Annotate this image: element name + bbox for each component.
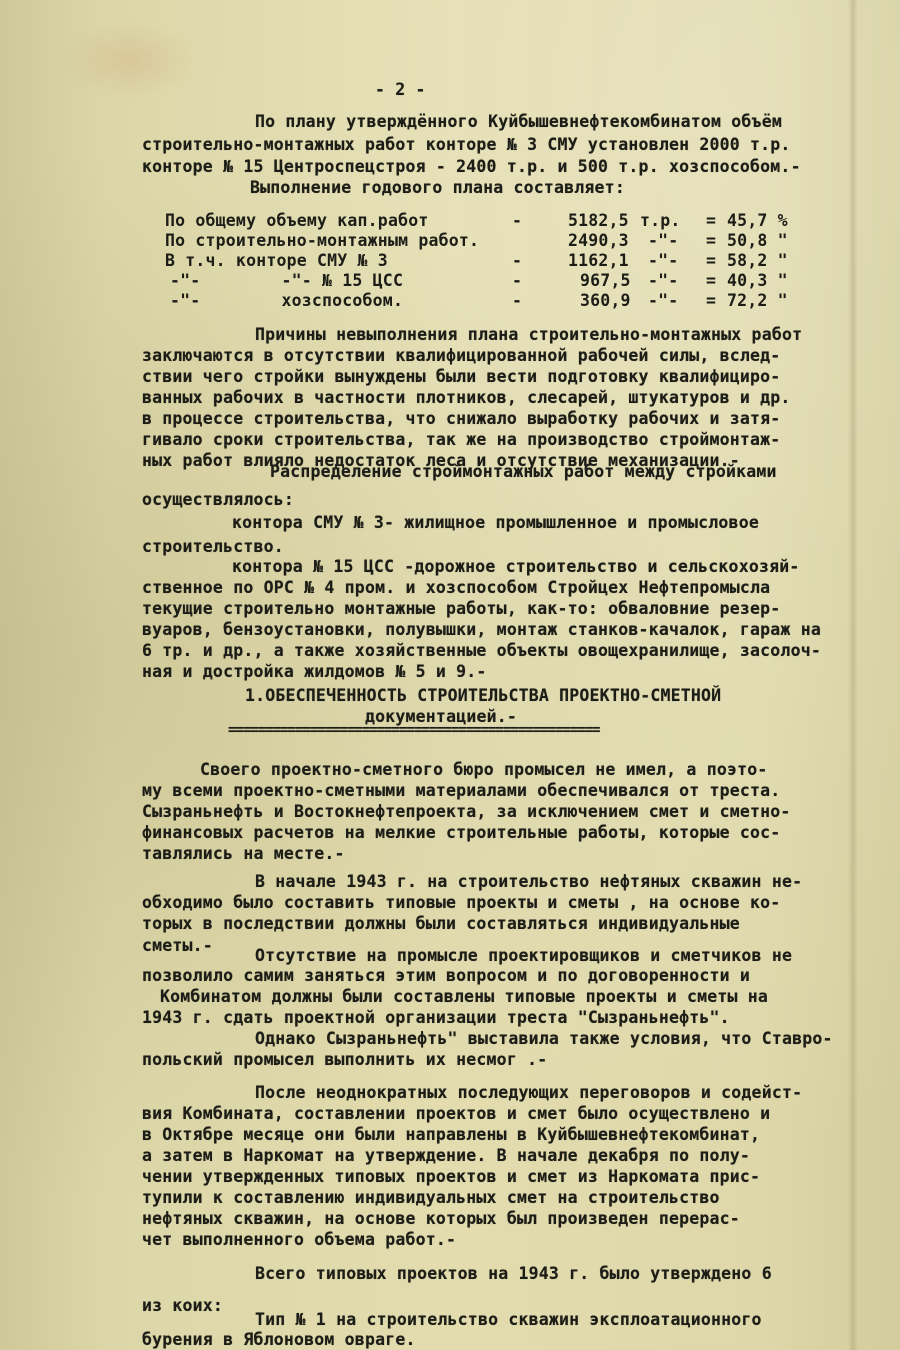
after-line: вия Комбината, составлении проектов и см… xyxy=(142,1104,770,1124)
row-dash: - xyxy=(512,251,522,272)
row-percent: 58,2 " xyxy=(727,251,788,272)
distribution-line: строительство. xyxy=(142,537,284,557)
row-eq: = xyxy=(706,211,716,232)
row-value: 967,5 xyxy=(580,271,631,292)
row-percent: 40,3 " xyxy=(727,271,788,292)
row-label: -"- хозспособом. xyxy=(170,291,403,312)
after-line: тупили к составлению индивидуальных смет… xyxy=(142,1188,720,1208)
row-label: -"- -"- № 15 ЦСС xyxy=(170,271,403,292)
row-value: 5182,5 xyxy=(568,211,629,232)
typewritten-document: - 2 - По плану утверждённого Куйбышевнеф… xyxy=(0,0,900,1350)
after-line: нефтяных скважин, на основе которых был … xyxy=(142,1209,740,1229)
total-line: из коих: xyxy=(142,1296,223,1316)
reasons-line: Причины невыполнения плана строительно-м… xyxy=(255,325,802,345)
distribution-line: осуществлялось: xyxy=(142,490,294,510)
row-eq: = xyxy=(706,231,716,252)
total-line: Всего типовых проектов на 1943 г. было у… xyxy=(255,1264,772,1284)
row-dash: - xyxy=(512,291,522,312)
row-unit: -"- xyxy=(648,271,678,292)
row-value: 1162,1 xyxy=(568,251,629,272)
reasons-line: в процессе строительства, что снижало вы… xyxy=(142,409,780,429)
bureau-line: Своего проектно-сметного бюро промысел н… xyxy=(200,760,768,780)
section-title: 1.ОБЕСПЕЧЕННОСТЬ СТРОИТЕЛЬСТВА ПРОЕКТНО-… xyxy=(245,686,721,706)
bureau-line: финансовых расчетов на мелкие строительн… xyxy=(142,823,780,843)
reasons-line: заключаются в отсутствии квалифицированн… xyxy=(142,346,780,366)
distribution-line: Распределение строймонтажных работ между… xyxy=(270,462,777,482)
bureau-line: му всеми проектно-сметными материалами о… xyxy=(142,781,780,801)
row-unit: -"- xyxy=(648,291,678,312)
total-line: бурения в Яблоновом овраге. xyxy=(142,1330,416,1350)
distribution-line: ная и достройка жилдомов № 5 и 9.- xyxy=(142,662,487,682)
reasons-line: ванных рабочих в частности плотников, сл… xyxy=(142,388,791,408)
row-value: 360,9 xyxy=(580,291,631,312)
row-percent: 72,2 " xyxy=(727,291,788,312)
absence-line: Комбинатом должны были составлены типовы… xyxy=(160,987,768,1007)
row-dash: - xyxy=(512,211,522,232)
distribution-line: контора СМУ № 3- жилищное промышленное и… xyxy=(232,513,759,533)
absence-line: позволило самим заняться этим вопросом и… xyxy=(142,966,750,986)
after-line: После неоднократных последующих перегово… xyxy=(255,1083,802,1103)
reasons-line: ствии чего стройки вынуждены были вести … xyxy=(142,367,780,387)
row-label: По строительно-монтажным работ. xyxy=(165,231,479,252)
bureau-line: Сызраньнефть и Востокнефтепроекта, за ис… xyxy=(142,802,791,822)
after-line: чении утвержденных типовых проектов и см… xyxy=(142,1167,760,1187)
distribution-line: контора № 15 ЦСС -дорожное строительство… xyxy=(232,557,800,577)
distribution-line: вуаров, бензоустановки, полувышки, монта… xyxy=(142,620,821,640)
row-percent: 50,8 " xyxy=(727,231,788,252)
row-label: В т.ч. конторе СМУ № 3 xyxy=(165,251,388,272)
after-line: в Октябре месяце они были направлены в К… xyxy=(142,1125,760,1145)
row-eq: = xyxy=(706,251,716,272)
row-label: По общему объему кап.работ xyxy=(165,211,428,232)
row-percent: 45,7 % xyxy=(727,211,788,232)
page-number: - 2 - xyxy=(375,80,426,100)
reasons-line: гивало сроки строительства, так же на пр… xyxy=(142,430,780,450)
intro-line: строительно-монтажных работ конторе № 3 … xyxy=(142,135,791,155)
distribution-line: ственное по ОРС № 4 пром. и хозспособом … xyxy=(142,578,770,598)
row-unit: -"- xyxy=(648,231,678,252)
row-eq: = xyxy=(706,291,716,312)
para-1943-line: торых в последствии должны были составля… xyxy=(142,914,740,934)
absence-line: 1943 г. сдать проектной организации трес… xyxy=(142,1008,730,1028)
distribution-line: 6 тр. и др., а также хозяйственные объек… xyxy=(142,641,821,661)
para-1943-line: обходимо было составить типовые проекты … xyxy=(142,893,780,913)
intro-line: Выполнение годового плана составляет: xyxy=(250,178,625,198)
intro-line: конторе № 15 Центроспецстроя - 2400 т.р.… xyxy=(142,157,801,177)
row-value: 2490,3 xyxy=(568,231,629,252)
row-unit: -"- xyxy=(648,251,678,272)
absence-line: Однако Сызраньнефть" выставила также усл… xyxy=(255,1029,833,1049)
para-1943-line: сметы.- xyxy=(142,936,213,956)
row-eq: = xyxy=(706,271,716,292)
total-line: Тип № 1 на строительство скважин эксплоа… xyxy=(255,1310,762,1330)
after-line: а затем в Наркомат на утверждение. В нач… xyxy=(142,1146,750,1166)
intro-line: По плану утверждённого Куйбышевнефтекомб… xyxy=(255,112,782,132)
distribution-line: текущие строительно монтажные работы, ка… xyxy=(142,599,780,619)
absence-line: польский промысел выполнить их несмог .- xyxy=(142,1050,547,1070)
para-1943-line: В начале 1943 г. на строительство нефтян… xyxy=(255,872,802,892)
after-line: чет выполненного объема работ.- xyxy=(142,1230,456,1250)
section-underline: ========================================… xyxy=(228,720,599,740)
bureau-line: тавлялись на месте.- xyxy=(142,844,345,864)
row-dash: - xyxy=(512,271,522,292)
row-unit: т.р. xyxy=(640,211,681,232)
absence-line: Отсутствие на промысле проектировщиков и… xyxy=(255,946,792,966)
